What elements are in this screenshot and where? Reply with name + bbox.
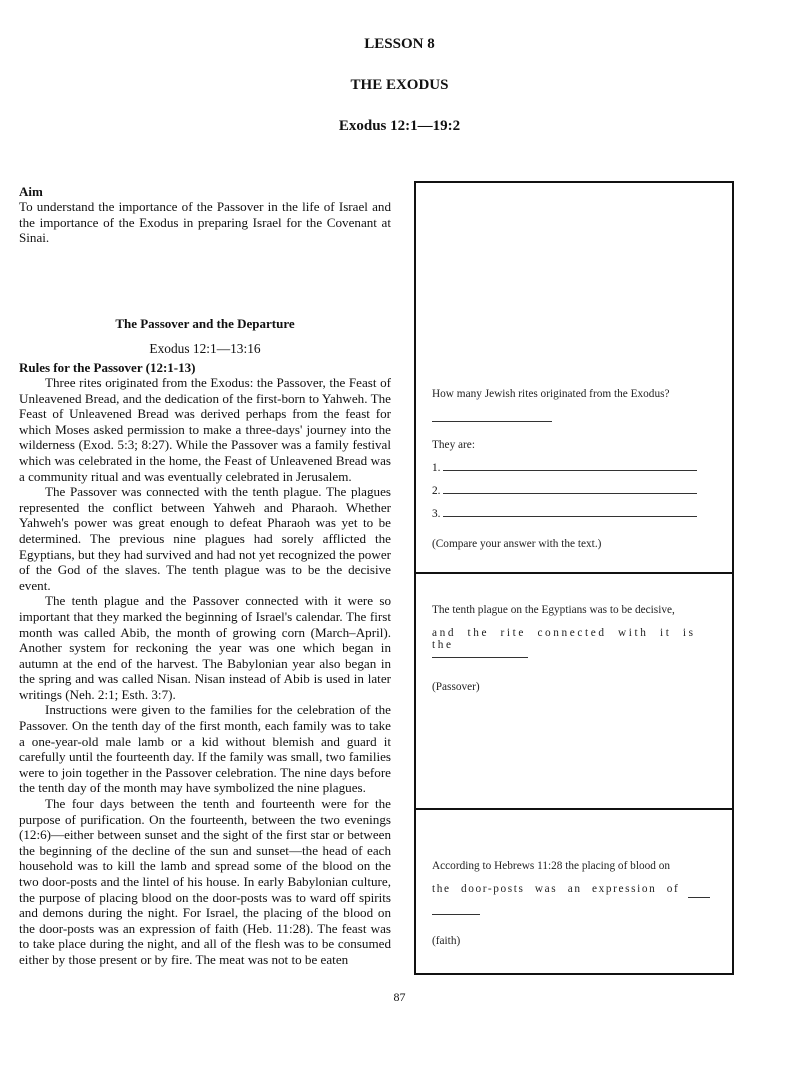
answer-blank[interactable] [432,413,552,425]
paragraph: The tenth plague and the Passover connec… [19,593,391,702]
paragraph: The four days between the tenth and four… [19,796,391,968]
answer-blank-b[interactable] [432,906,480,918]
lesson-number: LESSON 8 [0,36,799,53]
paragraph: Instructions were given to the families … [19,702,391,796]
answer-line-2[interactable]: 2. [432,485,697,497]
question-panel-2: The tenth plague on the Egyptians was to… [416,572,732,808]
question-text: The tenth plague on the Egyptians was to… [432,604,712,616]
item-number: 1. [432,462,440,474]
answer-line-3[interactable]: 3. [432,508,697,520]
lesson-title: THE EXODUS [0,77,799,94]
question-text-cont: the door-posts was an expression of [432,883,692,895]
answer-blank[interactable] [432,649,528,661]
question-panel-1: How many Jewish rites originated from th… [416,183,732,570]
answer-blank-a[interactable] [688,889,710,901]
scripture-reference: Exodus 12:1—19:2 [0,118,799,135]
answer-line-1[interactable]: 1. [432,462,697,474]
note-text: (Compare your answer with the text.) [432,538,712,550]
section-reference: Exodus 12:1—13:16 [19,341,391,357]
paragraph: The Passover was connected with the tent… [19,484,391,593]
question-text: How many Jewish rites originated from th… [432,388,712,400]
page-number: 87 [0,990,799,1005]
they-are-label: They are: [432,439,712,451]
answer-text: (faith) [432,935,712,947]
section-title: The Passover and the Departure [19,316,391,332]
question-panel-3: According to Hebrews 11:28 the placing o… [416,808,732,975]
body-text: Three rites originated from the Exodus: … [19,375,391,968]
aim-text: To understand the importance of the Pass… [19,199,391,246]
question-text: According to Hebrews 11:28 the placing o… [432,860,712,872]
question-text-cont: and the rite connected with it is the [432,627,712,651]
workbook-box: How many Jewish rites originated from th… [414,181,734,975]
item-number: 2. [432,485,440,497]
aim-heading: Aim [19,184,43,200]
subheading: Rules for the Passover (12:1-13) [19,360,195,376]
paragraph: Three rites originated from the Exodus: … [19,375,391,484]
item-number: 3. [432,508,440,520]
answer-text: (Passover) [432,681,712,693]
